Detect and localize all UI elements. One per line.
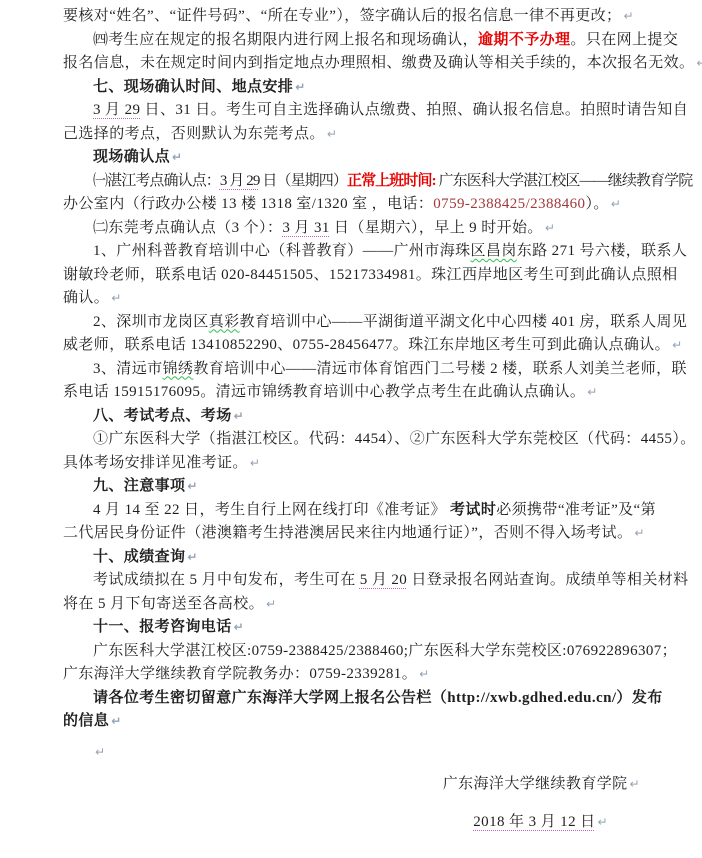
doc-line: ㈣考生应在规定的报名期限内进行网上报名和现场确认，逾期不予办理。只在网上提交 bbox=[63, 29, 660, 53]
text-segment: 确认。 bbox=[63, 290, 109, 306]
text-segment: 区昌岗 bbox=[471, 243, 517, 259]
document-page: 要核对“姓名”、“证件号码”、“所在专业”），签字确认后的报名信息一律不再更改；… bbox=[0, 0, 702, 858]
text-segment: 将在 5 月下旬寄送至各高校。 bbox=[63, 596, 264, 612]
text-segment: ①广东医科大学（指湛江校区。代码：4454）、②广东医科大学东莞校区（代码：44… bbox=[93, 431, 696, 447]
paragraph-mark-icon: ↵ bbox=[587, 385, 597, 399]
paragraph-mark-icon: ↵ bbox=[611, 197, 621, 211]
text-segment: 3 月 29 bbox=[220, 173, 260, 189]
paragraph-mark-icon: ↵ bbox=[295, 80, 305, 94]
text-segment: 锦绣 bbox=[163, 361, 194, 377]
text-segment: 的信息 bbox=[63, 713, 109, 729]
paragraph-mark-icon: ↵ bbox=[419, 667, 429, 681]
text-segment: 办公室内（行政办公楼 13 楼 1318 室/1320 室 ，电话： bbox=[63, 196, 433, 212]
section-heading-8: 八、考试考点、考场↵ bbox=[63, 405, 660, 429]
section-heading-9: 九、注意事项↵ bbox=[63, 475, 660, 499]
paragraph-mark-icon: ↵ bbox=[111, 291, 121, 305]
text-segment: 考试时 bbox=[450, 502, 496, 518]
empty-paragraph: ↵ bbox=[63, 741, 660, 765]
text-segment: 1、广州科普教育培训中心（科普教育）——广州市海珠 bbox=[93, 243, 471, 259]
text-segment: 广东海洋大学继续教育学院教务办：0759-2339281。 bbox=[63, 666, 417, 682]
text-segment: 2018 年 3 月 12 日 bbox=[473, 814, 595, 830]
text-segment: 东路 271 号六楼，联系人 bbox=[517, 243, 688, 259]
text-segment: 日、31 日。考生可自主选择确认点缴费、拍照、确认报名信息。拍照时请告知自 bbox=[140, 102, 688, 118]
text-segment: 教育培训中心——清远市体育馆西门二号楼 2 楼，联系人刘美兰老师，联 bbox=[193, 361, 687, 377]
section-heading-11: 十一、报考咨询电话↵ bbox=[63, 616, 660, 640]
text-segment: 真彩 bbox=[209, 314, 240, 330]
text-segment: 日（星期六），早上 9 时开始。 bbox=[330, 220, 543, 236]
paragraph-mark-icon: ↵ bbox=[545, 221, 555, 235]
text-segment: 教育培训中心——平湖街道平湖文化中心四楼 401 房，联系人周见 bbox=[240, 314, 688, 330]
doc-line: 将在 5 月下旬寄送至各高校。↵ bbox=[63, 593, 660, 617]
text-segment: 广东海洋大学继续教育学院 bbox=[443, 776, 628, 792]
section-heading-7: 七、现场确认时间、地点安排↵ bbox=[63, 76, 660, 100]
text-segment: 广东医科大学湛江校区:0759-2388425/2388460;广东医科大学东莞… bbox=[93, 643, 677, 659]
text-segment: 报名信息，未在规定时间内到指定地点办理照相、缴费及确认等相关手续的，本次报名无效… bbox=[63, 55, 694, 71]
signature-line: 广东海洋大学继续教育学院↵ bbox=[63, 773, 660, 797]
doc-line: ㈠湛江考点确认点：3 月 29 日（星期四）正常上班时间: 广东医科大学湛江校区… bbox=[63, 170, 660, 194]
paragraph-mark-icon: ↵ bbox=[672, 338, 682, 352]
paragraph-mark-icon: ↵ bbox=[111, 714, 121, 728]
text-segment: 3 月 31 bbox=[282, 220, 329, 236]
text-segment: 日（星期四） bbox=[260, 173, 347, 189]
doc-line: 1、广州科普教育培训中心（科普教育）——广州市海珠区昌岗东路 271 号六楼，联… bbox=[63, 240, 660, 264]
doc-line: 广东海洋大学继续教育学院教务办：0759-2339281。↵ bbox=[63, 663, 660, 687]
doc-line: 己选择的考点，否则默认为东莞考点。↵ bbox=[63, 123, 660, 147]
doc-line: ①广东医科大学（指湛江校区。代码：4454）、②广东医科大学东莞校区（代码：44… bbox=[63, 428, 660, 452]
doc-line: 报名信息，未在规定时间内到指定地点办理照相、缴费及确认等相关手续的，本次报名无效… bbox=[63, 52, 660, 76]
doc-line: 4 月 14 至 22 日，考生自行上网在线打印《准考证》 考试时必须携带“准考… bbox=[63, 499, 660, 523]
text-segment: 考试成绩拟在 5 月中旬发布，考生可在 bbox=[93, 572, 360, 588]
text-segment: 现场确认点 bbox=[93, 149, 170, 165]
text-segment: 七、现场确认时间、地点安排 bbox=[93, 79, 293, 95]
doc-line: 3 月 29 日、31 日。考生可自主选择确认点缴费、拍照、确认报名信息。拍照时… bbox=[63, 99, 660, 123]
text-segment: 逾期不予办理 bbox=[478, 32, 570, 48]
document-body: 要核对“姓名”、“证件号码”、“所在专业”），签字确认后的报名信息一律不再更改；… bbox=[63, 5, 660, 834]
text-segment: ㈠湛江考点确认点： bbox=[93, 173, 220, 189]
doc-line: 广东医科大学湛江校区:0759-2388425/2388460;广东医科大学东莞… bbox=[63, 640, 660, 664]
doc-line: 办公室内（行政办公楼 13 楼 1318 室/1320 室 ，电话：0759-2… bbox=[63, 193, 660, 217]
notice-line: 请各位考生密切留意广东海洋大学网上报名公告栏（http://xwb.gdhed.… bbox=[63, 687, 660, 711]
text-segment: 谢敏玲老师，联系电话 020-84451505、15217334981。珠江西岸… bbox=[63, 267, 678, 283]
text-segment: 5 月 20 bbox=[360, 572, 407, 588]
paragraph-mark-icon: ↵ bbox=[327, 127, 337, 141]
paragraph-mark-icon: ↵ bbox=[187, 550, 197, 564]
text-segment: 十、成绩查询 bbox=[93, 549, 185, 565]
text-segment: ㈡东莞考点确认点（3 个）： bbox=[93, 220, 282, 236]
text-segment: 十一、报考咨询电话 bbox=[93, 619, 232, 635]
paragraph-mark-icon: ↵ bbox=[172, 150, 182, 164]
text-segment: 威老师，联系电话 13410852290、0755-28456477。珠江东岸地… bbox=[63, 337, 670, 353]
text-segment: 2、深圳市龙岗区 bbox=[93, 314, 209, 330]
paragraph-mark-icon: ↵ bbox=[630, 777, 640, 791]
doc-line: 谢敏玲老师，联系电话 020-84451505、15217334981。珠江西岸… bbox=[63, 264, 660, 288]
text-segment: 0759-2388425/2388460 bbox=[433, 196, 585, 212]
notice-line: 的信息↵ bbox=[63, 710, 660, 734]
doc-line: 3、清远市锦绣教育培训中心——清远市体育馆西门二号楼 2 楼，联系人刘美兰老师，… bbox=[63, 358, 660, 382]
paragraph-mark-icon: ↵ bbox=[598, 815, 608, 829]
doc-line: 确认。↵ bbox=[63, 287, 660, 311]
text-segment: 3、清远市 bbox=[93, 361, 163, 377]
text-segment: 二代居民身份证件（港澳籍考生持港澳居民来往内地通行证）”，否则不得入场考试。 bbox=[63, 525, 632, 541]
date-line: 2018 年 3 月 12 日↵ bbox=[63, 811, 660, 835]
text-segment: 4 月 14 至 22 日，考生自行上网在线打印《准考证》 bbox=[93, 502, 450, 518]
text-segment: 广东医科大学湛江校区——继续教育学院 bbox=[436, 173, 693, 189]
text-segment: ）。 bbox=[585, 196, 608, 212]
doc-line: 系电话 15915176095。清远市锦绣教育培训中心教学点考生在此确认点确认。… bbox=[63, 381, 660, 405]
paragraph-mark-icon: ↵ bbox=[95, 745, 105, 759]
paragraph-mark-icon: ↵ bbox=[250, 456, 260, 470]
text-segment: 日登录报名网站查询。成绩单等相关材料 bbox=[407, 572, 688, 588]
doc-line: 要核对“姓名”、“证件号码”、“所在专业”），签字确认后的报名信息一律不再更改；… bbox=[63, 5, 660, 29]
doc-line: 2、深圳市龙岗区真彩教育培训中心——平湖街道平湖文化中心四楼 401 房，联系人… bbox=[63, 311, 660, 335]
text-segment: 必须携带“准考证”及“第 bbox=[496, 502, 656, 518]
paragraph-mark-icon: ↵ bbox=[234, 409, 244, 423]
doc-line: 考试成绩拟在 5 月中旬发布，考生可在 5 月 20 日登录报名网站查询。成绩单… bbox=[63, 569, 660, 593]
text-segment: 请各位考生密切留意广东海洋大学网上报名公告栏（http://xwb.gdhed.… bbox=[93, 690, 663, 706]
doc-line: 二代居民身份证件（港澳籍考生持港澳居民来往内地通行证）”，否则不得入场考试。↵ bbox=[63, 522, 660, 546]
sub-heading-confirm-points: 现场确认点↵ bbox=[63, 146, 660, 170]
text-segment: 己选择的考点，否则默认为东莞考点。 bbox=[63, 126, 325, 142]
text-segment: 九、注意事项 bbox=[93, 478, 185, 494]
text-segment: ㈣考生应在规定的报名期限内进行网上报名和现场确认， bbox=[93, 32, 478, 48]
section-heading-10: 十、成绩查询↵ bbox=[63, 546, 660, 570]
paragraph-mark-icon: ↵ bbox=[634, 526, 644, 540]
doc-line: ㈡东莞考点确认点（3 个）：3 月 31 日（星期六），早上 9 时开始。↵ bbox=[63, 217, 660, 241]
doc-line: 具体考场安排详见准考证。↵ bbox=[63, 452, 660, 476]
text-segment: 八、考试考点、考场 bbox=[93, 408, 232, 424]
text-segment: 要核对“姓名”、“证件号码”、“所在专业”），签字确认后的报名信息一律不再更改； bbox=[63, 8, 621, 24]
paragraph-mark-icon: ↵ bbox=[187, 479, 197, 493]
paragraph-mark-icon: ↵ bbox=[234, 620, 244, 634]
text-segment: 正常上班时间: bbox=[347, 173, 436, 189]
text-segment: 3 月 29 bbox=[93, 102, 140, 118]
doc-line: 威老师，联系电话 13410852290、0755-28456477。珠江东岸地… bbox=[63, 334, 660, 358]
paragraph-mark-icon: ↵ bbox=[266, 597, 276, 611]
text-segment: 系电话 15915176095。清远市锦绣教育培训中心教学点考生在此确认点确认。 bbox=[63, 384, 585, 400]
text-segment: 。只在网上提交 bbox=[570, 32, 678, 48]
paragraph-mark-icon: ↵ bbox=[696, 56, 702, 70]
paragraph-mark-icon: ↵ bbox=[623, 9, 633, 23]
text-segment: 具体考场安排详见准考证。 bbox=[63, 455, 248, 471]
